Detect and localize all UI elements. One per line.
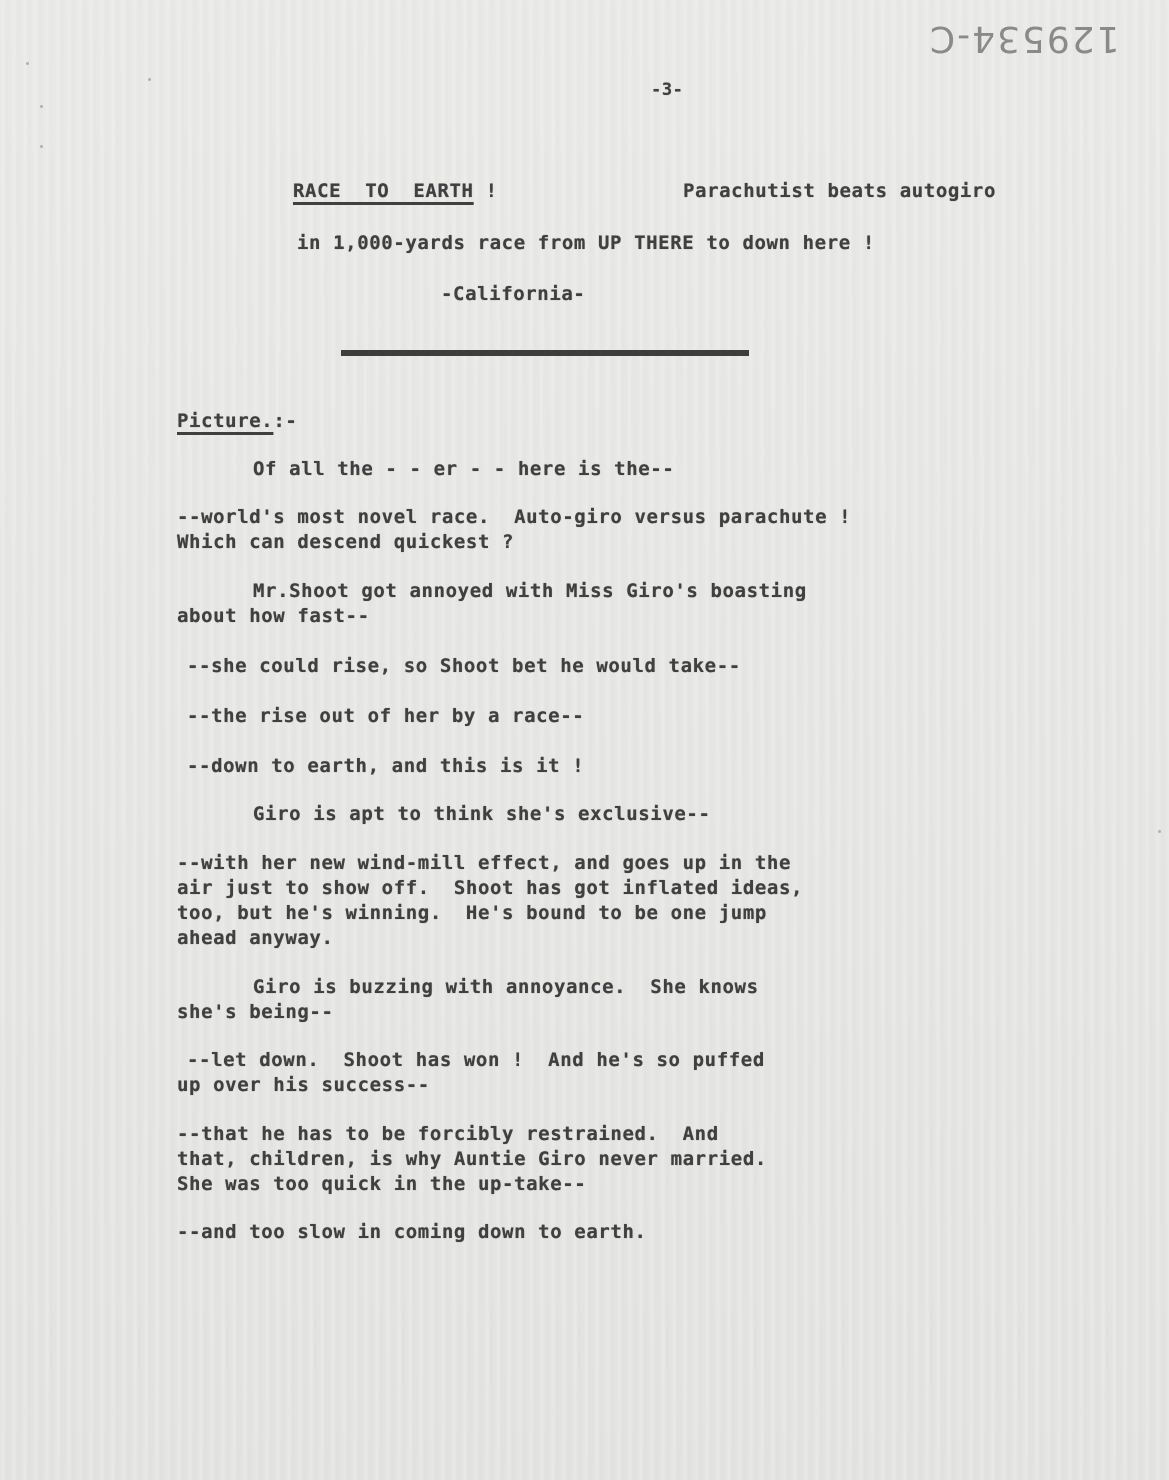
body-line: Giro is apt to think she's exclusive-- [253, 803, 710, 825]
body-line: She was too quick in the up-take-- [177, 1173, 586, 1195]
paper-speck [40, 145, 43, 148]
body-line: --world's most novel race. Auto-giro ver… [177, 506, 851, 528]
horizontal-rule [341, 350, 749, 356]
typewritten-page: -3- 129534-C RACE TO EARTH ! Parachutist… [0, 0, 1169, 1480]
body-line: she's being-- [177, 1001, 334, 1023]
handwritten-catalog-number: 129534-C [928, 18, 1120, 59]
body-line: up over his success-- [177, 1074, 430, 1096]
body-line: that, children, is why Auntie Giro never… [177, 1148, 767, 1170]
body-line: --the rise out of her by a race-- [187, 705, 584, 727]
body-line: ahead anyway. [177, 927, 334, 949]
section-label-suffix: :- [273, 410, 297, 432]
location-dateline: -California- [441, 283, 585, 305]
paper-speck [26, 62, 29, 65]
section-label: Picture.:- [177, 410, 297, 432]
story-title: RACE TO EARTH ! [293, 180, 498, 202]
body-line: --let down. Shoot has won ! And he's so … [187, 1049, 765, 1071]
paper-speck [148, 78, 151, 81]
subtitle-line-2: in 1,000-yards race from UP THERE to dow… [297, 232, 875, 254]
body-line: --that he has to be forcibly restrained.… [177, 1123, 719, 1145]
page-number: -3- [651, 80, 684, 100]
paper-speck [1158, 830, 1161, 833]
body-line: about how fast-- [177, 605, 370, 627]
body-line: --down to earth, and this is it ! [187, 755, 584, 777]
body-line: --with her new wind-mill effect, and goe… [177, 852, 791, 874]
section-label-text: Picture. [177, 410, 273, 432]
body-line: Of all the - - er - - here is the-- [253, 458, 674, 480]
body-line: --and too slow in coming down to earth. [177, 1221, 647, 1243]
body-line: Giro is buzzing with annoyance. She know… [253, 976, 759, 998]
story-title-exclamation: ! [474, 180, 498, 202]
subtitle-line-1: Parachutist beats autogiro [683, 180, 996, 202]
body-line: air just to show off. Shoot has got infl… [177, 877, 803, 899]
body-line: too, but he's winning. He's bound to be … [177, 902, 767, 924]
paper-speck [40, 105, 43, 108]
body-line: Which can descend quickest ? [177, 531, 514, 553]
story-title-text: RACE TO EARTH [293, 180, 474, 202]
body-line: Mr.Shoot got annoyed with Miss Giro's bo… [253, 580, 807, 602]
body-line: --she could rise, so Shoot bet he would … [187, 655, 741, 677]
